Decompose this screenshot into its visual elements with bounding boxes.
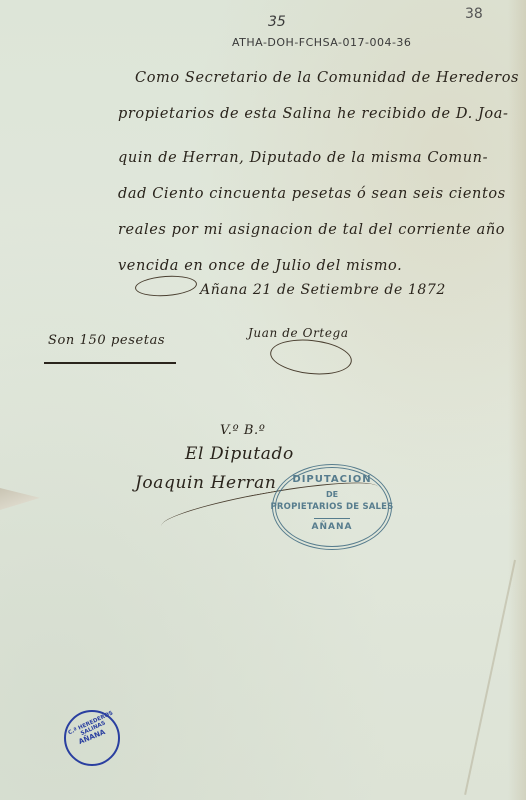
- stamp-text-bottom: AÑANA: [276, 522, 388, 532]
- body-line-2: propietarios de esta Salina he recibido …: [118, 106, 509, 122]
- stamp-text-middle: PROPIETARIOS DE SALES: [270, 502, 394, 512]
- body-line-5: reales por mi asignacion de tal del corr…: [118, 222, 505, 238]
- approver-title: El Diputado: [185, 444, 294, 464]
- paper-edge: [508, 0, 526, 800]
- archive-reference: ATHA-DOH-FCHSA-017-004-36: [232, 36, 411, 49]
- round-seal-stamp: C.ª HEREDEROS SALINAS AÑANA: [64, 710, 120, 766]
- stamp-text-de: DE: [276, 490, 388, 499]
- place-date: Añana 21 de Setiembre de 1872: [200, 282, 446, 298]
- signature-secretary: Juan de Ortega: [248, 326, 349, 340]
- folio-number-right: 38: [465, 6, 483, 22]
- folio-number-left: 35: [268, 14, 286, 30]
- body-line-6: vencida en once de Julio del mismo.: [118, 258, 402, 274]
- body-line-3: quin de Herran, Diputado de la misma Com…: [118, 150, 488, 166]
- stamp-rule: [314, 518, 350, 519]
- amount-note: Son 150 pesetas: [48, 333, 165, 348]
- body-line-4: dad Ciento cincuenta pesetas ó sean seis…: [118, 186, 506, 202]
- oval-seal-stamp: DIPUTACION DE PROPIETARIOS DE SALES AÑAN…: [272, 464, 392, 550]
- body-line-1: Como Secretario de la Comunidad de Hered…: [135, 70, 519, 86]
- stamp-text-top: DIPUTACION: [276, 474, 388, 485]
- visto-bueno: V.º B.º: [220, 423, 266, 438]
- amount-underline: [44, 362, 176, 364]
- signature-diputado: Joaquin Herran: [135, 473, 276, 493]
